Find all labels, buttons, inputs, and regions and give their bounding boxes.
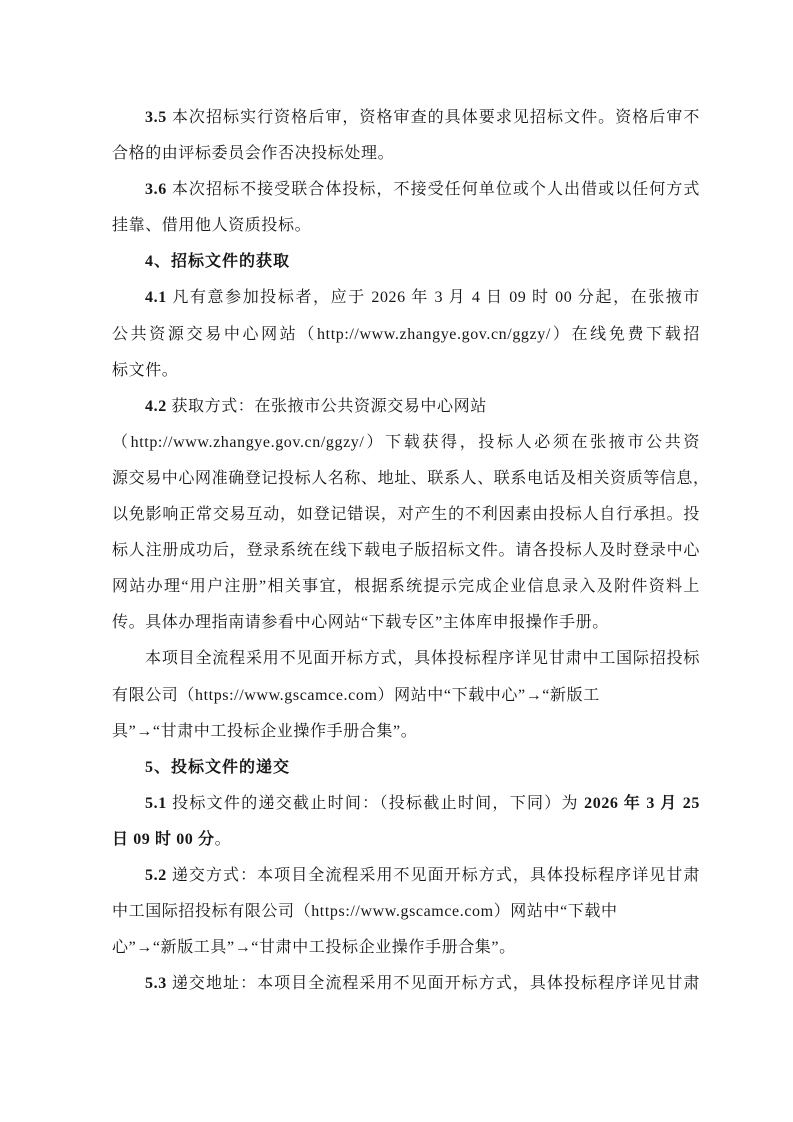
text-segment: 本次招标不接受联合体投标，不接受任何单位或个人出借或以任何方式 [172,181,700,198]
text-segment: 源交易中心网准确登记投标人名称、地址、联系人、联系电话及相关资质等信息， [112,470,710,487]
document-page: 3.5 本次招标实行资格后审，资格审查的具体要求见招标文件。资格后审不合格的由评… [0,0,793,1122]
text-line: 中工国际招投标有限公司（https://www.gscamce.com）网站中“… [112,894,700,930]
text-segment: 凡有意参加投标者，应于 2026 年 3 月 4 日 09 时 00 分起，在张… [172,289,700,306]
text-line: 5.1 投标文件的递交截止时间：（投标截止时间，下同）为 2026 年 3 月 … [112,786,700,822]
text-segment: 4、招标文件的获取 [145,253,290,270]
text-line: 有限公司（https://www.gscamce.com）网站中“下载中心”→“… [112,678,700,714]
text-line: 合格的由评标委员会作否决投标处理。 [112,136,700,172]
text-line: 传。具体办理指南请参看中心网站“下载专区”主体库申报操作手册。 [112,605,700,641]
text-segment: 投标文件的递交截止时间：（投标截止时间，下同）为 [172,795,579,812]
text-line: 标人注册成功后，登录系统在线下载电子版招标文件。请各投标人及时登录中心 [112,533,700,569]
text-line: 挂靠、借用他人资质投标。 [112,208,700,244]
text-segment: 标人注册成功后，登录系统在线下载电子版招标文件。请各投标人及时登录中心 [112,542,700,559]
text-line: 标文件。 [112,353,700,389]
text-segment: 公共资源交易中心网站（http://www.zhangye.gov.cn/ggz… [112,326,700,343]
text-segment: 心”→“新版工具”→“甘肃中工投标企业操作手册合集”。 [112,939,516,956]
text-line: 本项目全流程采用不见面开标方式，具体投标程序详见甘肃中工国际招投标 [112,641,700,677]
text-segment: （http://www.zhangye.gov.cn/ggzy/）下载获得，投标… [112,434,700,451]
text-segment: 具”→“甘肃中工投标企业操作手册合集”。 [112,723,417,740]
text-segment: 以免影响正常交易互动，如登记错误，对产生的不利因素由投标人自行承担。投 [112,506,700,523]
text-line: 3.5 本次招标实行资格后审，资格审查的具体要求见招标文件。资格后审不 [112,100,700,136]
section-heading: 5、投标文件的递交 [112,750,700,786]
text-segment: 合格的由评标委员会作否决投标处理。 [112,145,394,162]
text-segment: 标文件。 [112,362,178,379]
text-segment: 5.2 [145,867,172,884]
text-segment: 传。具体办理指南请参看中心网站“下载专区”主体库申报操作手册。 [112,614,609,631]
text-line: 4.1 凡有意参加投标者，应于 2026 年 3 月 4 日 09 时 00 分… [112,280,700,316]
text-segment: 5.1 [145,795,172,812]
text-line: 公共资源交易中心网站（http://www.zhangye.gov.cn/ggz… [112,317,700,353]
text-segment: 递交地址：本项目全流程采用不见面开标方式，具体投标程序详见甘肃 [172,975,700,992]
text-segment: 3.6 [145,181,172,198]
text-segment: 4.1 [145,289,172,306]
text-segment: 挂靠、借用他人资质投标。 [112,217,311,234]
text-line: 5.2 递交方式：本项目全流程采用不见面开标方式，具体投标程序详见甘肃 [112,858,700,894]
text-segment: 5、投标文件的递交 [145,759,290,776]
text-line: 3.6 本次招标不接受联合体投标，不接受任何单位或个人出借或以任何方式 [112,172,700,208]
text-line: 源交易中心网准确登记投标人名称、地址、联系人、联系电话及相关资质等信息， [112,461,700,497]
text-segment: 4.2 [145,398,171,415]
text-segment: 5.3 [145,975,172,992]
text-segment: 获取方式：在张掖市公共资源交易中心网站 [171,398,486,415]
text-line: 以免影响正常交易互动，如登记错误，对产生的不利因素由投标人自行承担。投 [112,497,700,533]
text-segment: 2026 年 3 月 25 [579,795,700,812]
text-segment: 本次招标实行资格后审，资格审查的具体要求见招标文件。资格后审不 [172,109,700,126]
text-line: 日 09 时 00 分。 [112,822,700,858]
text-segment: 网站办理“用户注册”相关事宜，根据系统提示完成企业信息录入及附件资料上 [112,578,700,595]
text-segment: 有限公司（https://www.gscamce.com）网站中“下载中心”→“… [112,687,600,704]
text-segment: 本项目全流程采用不见面开标方式，具体投标程序详见甘肃中工国际招投标 [145,650,700,667]
text-line: 具”→“甘肃中工投标企业操作手册合集”。 [112,714,700,750]
text-line: 心”→“新版工具”→“甘肃中工投标企业操作手册合集”。 [112,930,700,966]
text-line: 网站办理“用户注册”相关事宜，根据系统提示完成企业信息录入及附件资料上 [112,569,700,605]
text-segment: 3.5 [145,109,172,126]
section-heading: 4、招标文件的获取 [112,244,700,280]
text-line: 5.3 递交地址：本项目全流程采用不见面开标方式，具体投标程序详见甘肃 [112,966,700,1002]
text-segment: 日 09 时 00 分 [112,831,215,848]
text-segment: 。 [215,831,232,848]
text-segment: 中工国际招投标有限公司（https://www.gscamce.com）网站中“… [112,903,618,920]
text-line: （http://www.zhangye.gov.cn/ggzy/）下载获得，投标… [112,425,700,461]
text-line: 4.2 获取方式：在张掖市公共资源交易中心网站 [112,389,700,425]
document-text-block: 3.5 本次招标实行资格后审，资格审查的具体要求见招标文件。资格后审不合格的由评… [112,100,700,1002]
text-segment: 递交方式：本项目全流程采用不见面开标方式，具体投标程序详见甘肃 [172,867,700,884]
